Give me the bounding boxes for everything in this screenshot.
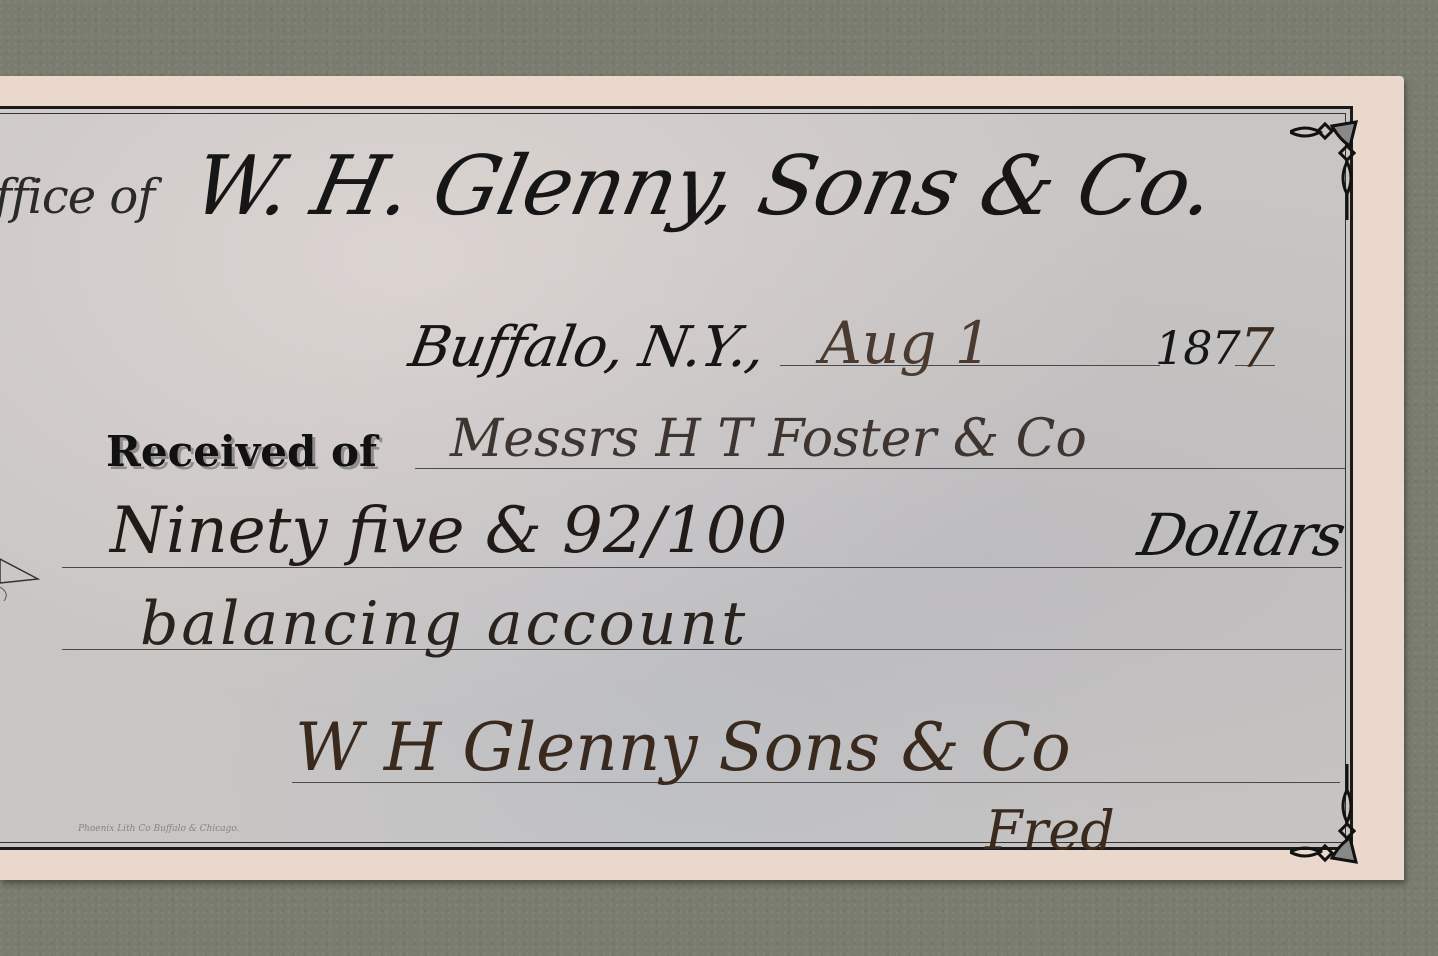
- dollars-label: Dollars: [1133, 501, 1351, 569]
- amount-words-handwritten: Ninety five & 92/100: [110, 494, 787, 568]
- heading-prefix: ffice of: [0, 169, 154, 225]
- signature-per-handwritten: Fred: [985, 799, 1115, 862]
- year-digit-handwritten: 7: [1240, 317, 1274, 380]
- memo-handwritten: balancing account: [140, 589, 748, 659]
- corner-ornament-top-right-icon: [1290, 110, 1370, 220]
- year-printed: 187: [1155, 321, 1240, 375]
- payer-handwritten: Messrs H T Foster & Co: [450, 409, 1087, 469]
- corner-ornament-bottom-right-icon: [1290, 764, 1370, 874]
- receipt-panel: ffice of W. H. Glenny, Sons & Co. Buffal…: [0, 106, 1353, 850]
- city-printed: Buffalo, N.Y.,: [404, 315, 769, 380]
- signature-handwritten: W H Glenny Sons & Co: [295, 709, 1071, 786]
- company-name: W. H. Glenny, Sons & Co.: [185, 139, 1223, 234]
- received-of-label: Received of: [106, 427, 377, 476]
- receipt-paper: ffice of W. H. Glenny, Sons & Co. Buffal…: [0, 76, 1404, 880]
- lithographer-imprint: Phoenix Lith Co Buffalo & Chicago.: [78, 824, 240, 834]
- vignette-fragment-icon: [0, 539, 40, 619]
- date-handwritten: Aug 1: [820, 309, 992, 377]
